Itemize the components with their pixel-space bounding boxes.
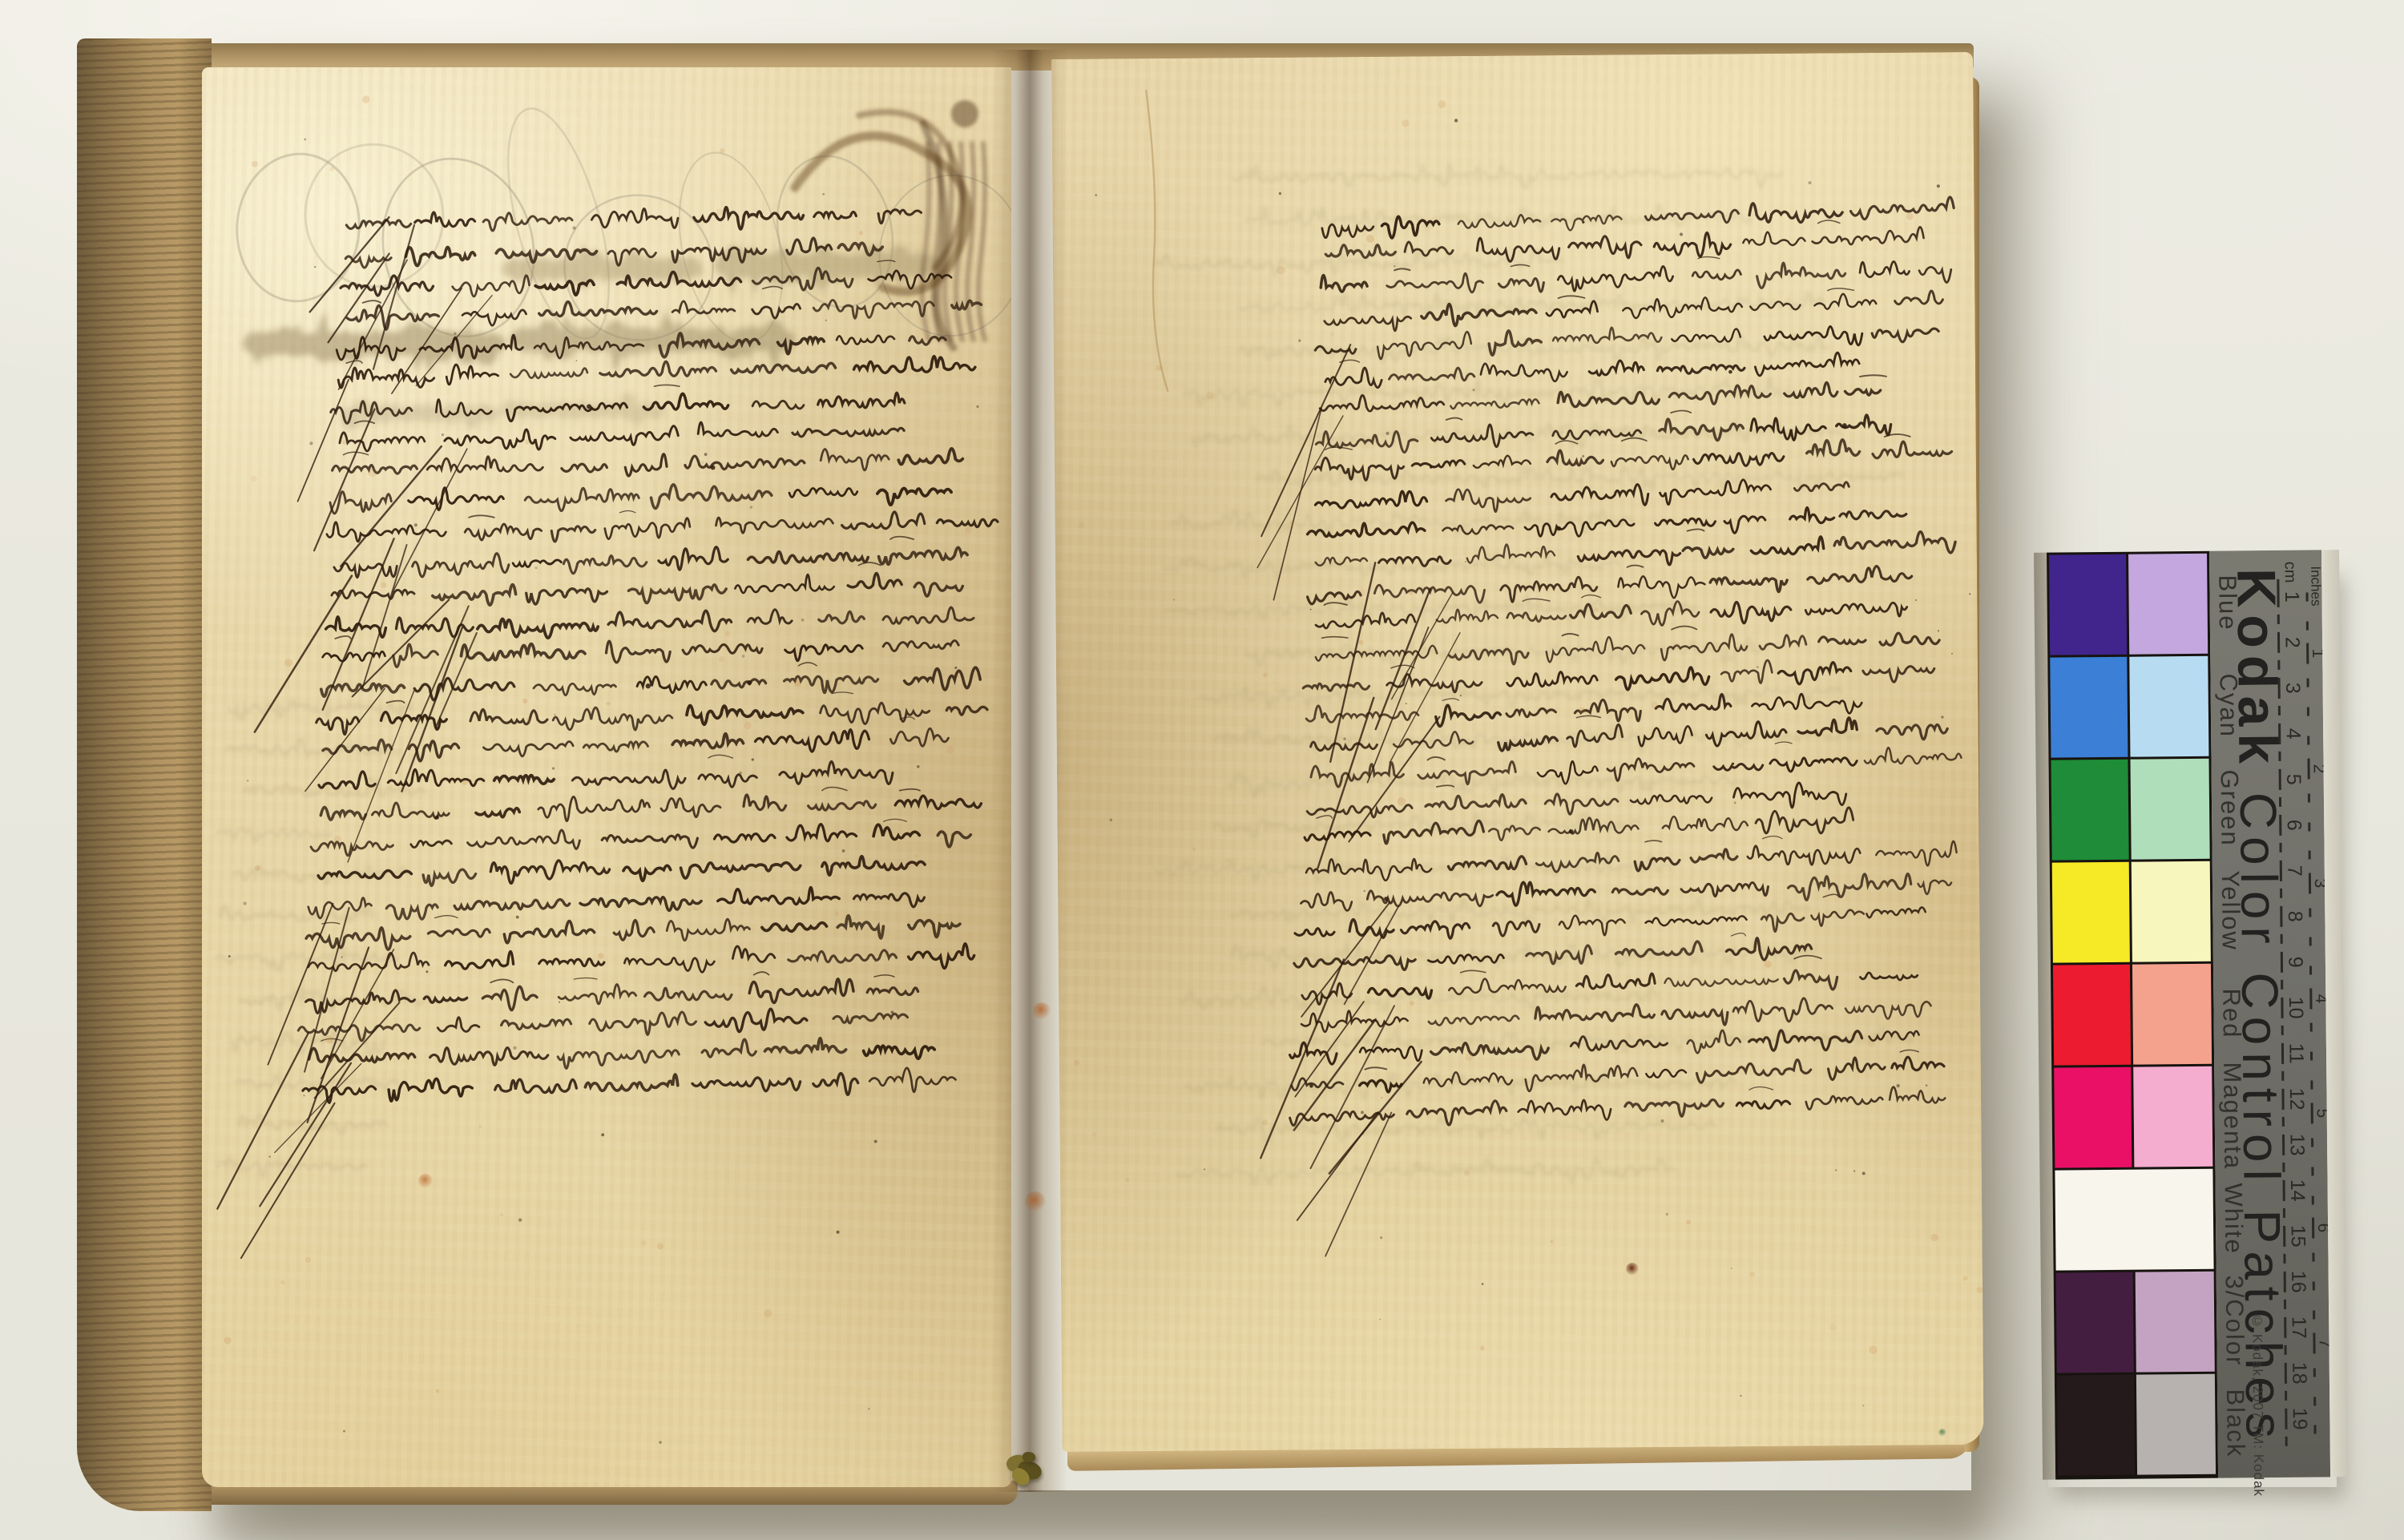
ruler-tick	[2311, 1167, 2313, 1175]
ruler-tick	[2283, 1208, 2285, 1218]
row-label-cyan: Cyan	[2213, 673, 2243, 738]
ruler-tick	[2281, 1071, 2284, 1081]
ruler-tick	[2313, 1425, 2316, 1434]
ruler-tick	[2308, 793, 2310, 802]
ruler-tick	[2313, 1368, 2316, 1377]
color-patch-black-saturated	[2057, 1375, 2135, 1476]
show-through-heading	[252, 254, 932, 425]
ruler-tick	[2284, 1300, 2286, 1309]
book-fore-edge-stack	[77, 38, 212, 1511]
ruler-tick	[2309, 966, 2312, 974]
ruler-tick	[2307, 708, 2309, 716]
ruler-tick	[2309, 851, 2311, 860]
color-patch-green-pale	[2130, 759, 2209, 860]
color-patch-red-pale	[2132, 964, 2212, 1065]
color-patch-3color-saturated	[2056, 1272, 2134, 1373]
ruler-tick	[2277, 660, 2280, 670]
ruler-tick	[2312, 1195, 2314, 1204]
ink-flourish-top-right	[795, 112, 985, 348]
color-patch-yellow-saturated	[2052, 862, 2130, 963]
ruler-tick	[2283, 1254, 2285, 1264]
thread-strand	[1023, 1452, 1035, 1462]
ruler-tick	[2312, 1253, 2314, 1262]
color-patch-green-saturated	[2051, 760, 2128, 861]
ruler-cm-label: cm	[2281, 562, 2299, 583]
color-patch-yellow-pale	[2132, 861, 2211, 962]
ruler-tick	[2310, 1052, 2313, 1061]
ruler-tick	[2279, 797, 2281, 807]
row-label-magenta: Magenta	[2217, 1062, 2247, 1170]
color-patch-grid	[2047, 551, 2218, 1480]
ruler-cm-number: 14	[2285, 1179, 2309, 1202]
ruler-tick	[2280, 889, 2282, 898]
ruler-tick	[2305, 592, 2308, 601]
ruler-tick	[2307, 736, 2309, 744]
manuscript-left-page	[202, 67, 1011, 1487]
ruler-cm-number: 11	[2284, 1043, 2307, 1064]
sewing-thread-knot	[1003, 1447, 1050, 1489]
ruler-cm-number: 18	[2287, 1362, 2310, 1385]
row-label-blue: Blue	[2212, 574, 2242, 631]
ruler-cm-number: 16	[2286, 1271, 2309, 1293]
color-patch-red-saturated	[2053, 965, 2131, 1066]
ruler-tick	[2279, 843, 2281, 853]
ruler-tick	[2285, 1437, 2288, 1446]
color-patch-black-pale	[2136, 1374, 2216, 1475]
show-through-lines	[1150, 161, 1914, 1186]
ruler-tick	[2309, 909, 2311, 917]
ruler-cm-number: 3	[2281, 683, 2304, 694]
ruler-cm-number: 10	[2284, 997, 2307, 1019]
ruler-tick	[2308, 822, 2310, 831]
photograph-stage: Kodak Color Control Patches © Kodak, 200…	[0, 0, 2404, 1540]
row-label-white: White	[2219, 1183, 2249, 1255]
color-patch-blue-pale	[2128, 554, 2208, 655]
ruler-cm-number: 7	[2282, 865, 2305, 877]
color-patch-magenta-pale	[2133, 1066, 2212, 1167]
ruler-tick	[2313, 1397, 2316, 1405]
parchment-texture	[1051, 52, 1984, 1452]
show-through-lines-lower	[216, 701, 433, 1177]
strip-gray-label-zone: Kodak Color Control Patches © Kodak, 200…	[2209, 550, 2330, 1478]
ruler-cm-number: 17	[2287, 1316, 2310, 1339]
ruler-cm-number: 4	[2281, 728, 2305, 740]
pencil-loop-doodles	[232, 99, 1011, 359]
ruler-cm-number: 6	[2282, 820, 2305, 831]
color-patch-white-saturated	[2055, 1169, 2213, 1271]
ruler-tick	[2285, 1345, 2287, 1355]
handwriting-right-page	[1051, 52, 1984, 1452]
color-patch-blue-saturated	[2049, 554, 2127, 655]
ruler-tick	[2281, 980, 2283, 990]
ruler-tick	[2313, 1310, 2315, 1319]
ruler-tick	[2282, 1117, 2285, 1127]
ruler-tick	[2285, 1391, 2287, 1401]
ruler-tick	[2309, 937, 2312, 945]
ruler-tick	[2278, 706, 2281, 716]
ruler-cm-number: 8	[2283, 911, 2306, 922]
color-patch-magenta-saturated	[2054, 1067, 2132, 1168]
row-label-black: Black	[2220, 1389, 2250, 1457]
ruler-tick	[2278, 752, 2281, 761]
parchment-texture	[202, 67, 1011, 1487]
ruler-tick	[2306, 621, 2309, 630]
strip-copyright: © Kodak, 2007 TM: Kodak	[2249, 1313, 2266, 1497]
ruler-tick	[2311, 1138, 2313, 1147]
ruler-cm-number: 12	[2285, 1088, 2308, 1111]
ruler-tick	[2310, 1023, 2313, 1032]
ruler-tick	[2313, 1282, 2315, 1291]
ruler-tick	[2282, 1163, 2285, 1172]
manuscript-right-page	[1051, 52, 1984, 1452]
ruler-cm-number: 13	[2285, 1134, 2308, 1156]
color-patch-cyan-pale	[2129, 656, 2208, 757]
row-label-red: Red	[2216, 988, 2246, 1038]
ruler-tick	[2310, 1081, 2313, 1090]
color-patch-3color-pale	[2136, 1272, 2215, 1373]
ruler-tick	[2281, 934, 2283, 944]
ruler-tick	[2277, 615, 2280, 624]
ruler-cm-number: 15	[2286, 1225, 2309, 1248]
ruler-tick	[2307, 679, 2309, 687]
kodak-color-control-strip: Kodak Color Control Patches © Kodak, 200…	[2034, 550, 2348, 1480]
row-label-3color: 3/Color	[2220, 1275, 2249, 1366]
row-label-yellow: Yellow	[2216, 870, 2245, 951]
handwriting-left-page	[202, 67, 1011, 1487]
ruler-cm-number: 19	[2288, 1408, 2311, 1430]
ruler-tick	[2281, 1026, 2284, 1035]
ruler-tick	[2277, 579, 2279, 589]
color-patch-cyan-saturated	[2050, 657, 2128, 758]
ruler-cm-number: 1	[2280, 591, 2303, 603]
row-label-green: Green	[2215, 769, 2245, 847]
ruler-cm-number: 9	[2283, 957, 2306, 968]
ruler-cm-number: 2	[2281, 637, 2304, 648]
ruler-cm-number: 5	[2281, 774, 2305, 785]
